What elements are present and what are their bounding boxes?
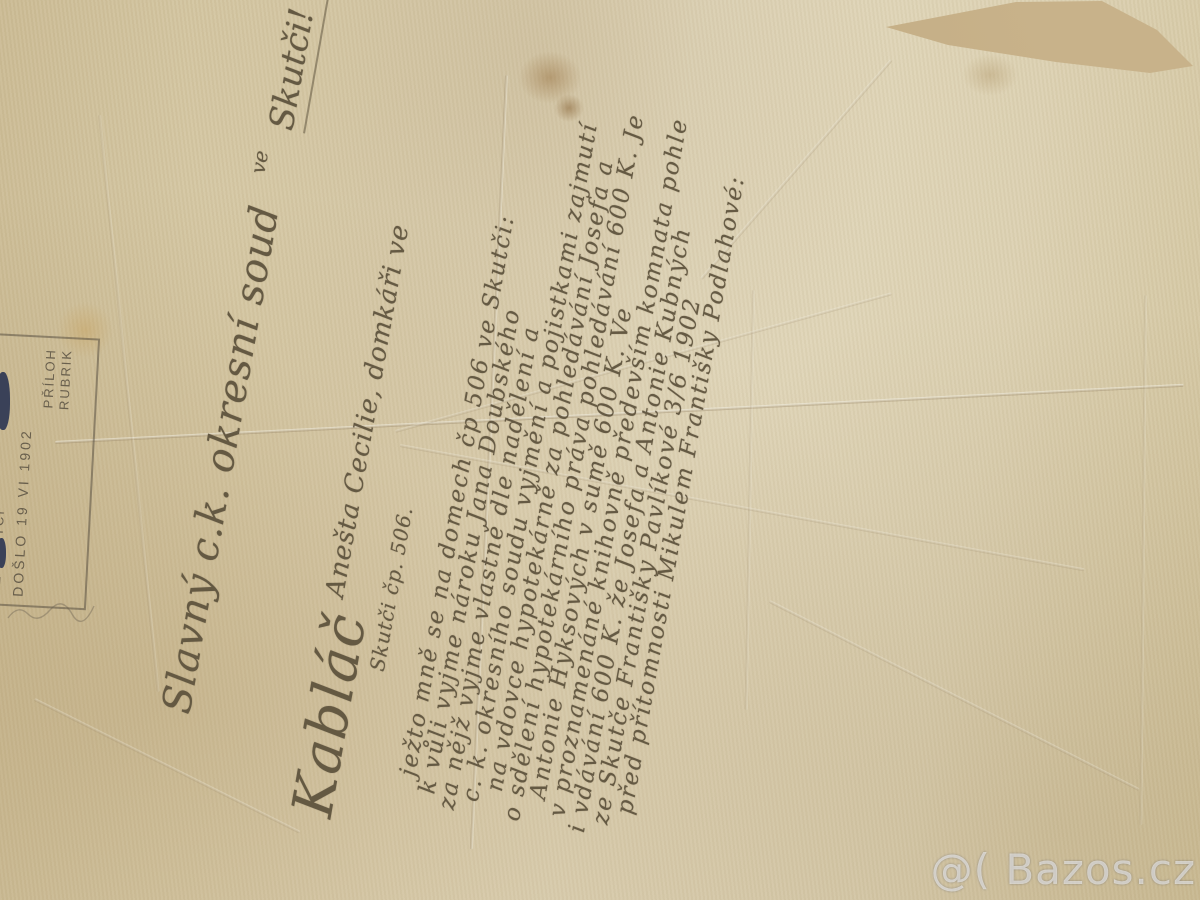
pencil-scribble (6, 598, 96, 626)
bazos-watermark: @( Bazos.cz (931, 845, 1196, 894)
document-sheet: C. K. OKRESNÍ SOUD VE SKUTČI DOŠLO 19 VI… (0, 0, 1200, 900)
photo-of-document: C. K. OKRESNÍ SOUD VE SKUTČI DOŠLO 19 VI… (0, 0, 1200, 900)
stain-mark (950, 45, 1030, 105)
crease-line (769, 600, 1140, 791)
crease-line (1139, 295, 1147, 825)
heading-ve: ve (246, 149, 274, 176)
document-sheet-wrap: C. K. OKRESNÍ SOUD VE SKUTČI DOŠLO 19 VI… (0, 0, 1200, 900)
crease-line (98, 115, 160, 692)
letter-heading: Slavný c.k. okresní soudveSkutči! – (151, 27, 319, 717)
court-arrival-stamp: C. K. OKRESNÍ SOUD VE SKUTČI DOŠLO 19 VI… (0, 332, 100, 610)
heading-place: Skutči! – (262, 0, 332, 134)
heading-text: Slavný c.k. okresní soud (154, 201, 289, 717)
handwriting-layer: Slavný c.k. okresní soudveSkutči! – Kabl… (146, 27, 862, 840)
addressee-name: Kabláč (280, 608, 380, 822)
